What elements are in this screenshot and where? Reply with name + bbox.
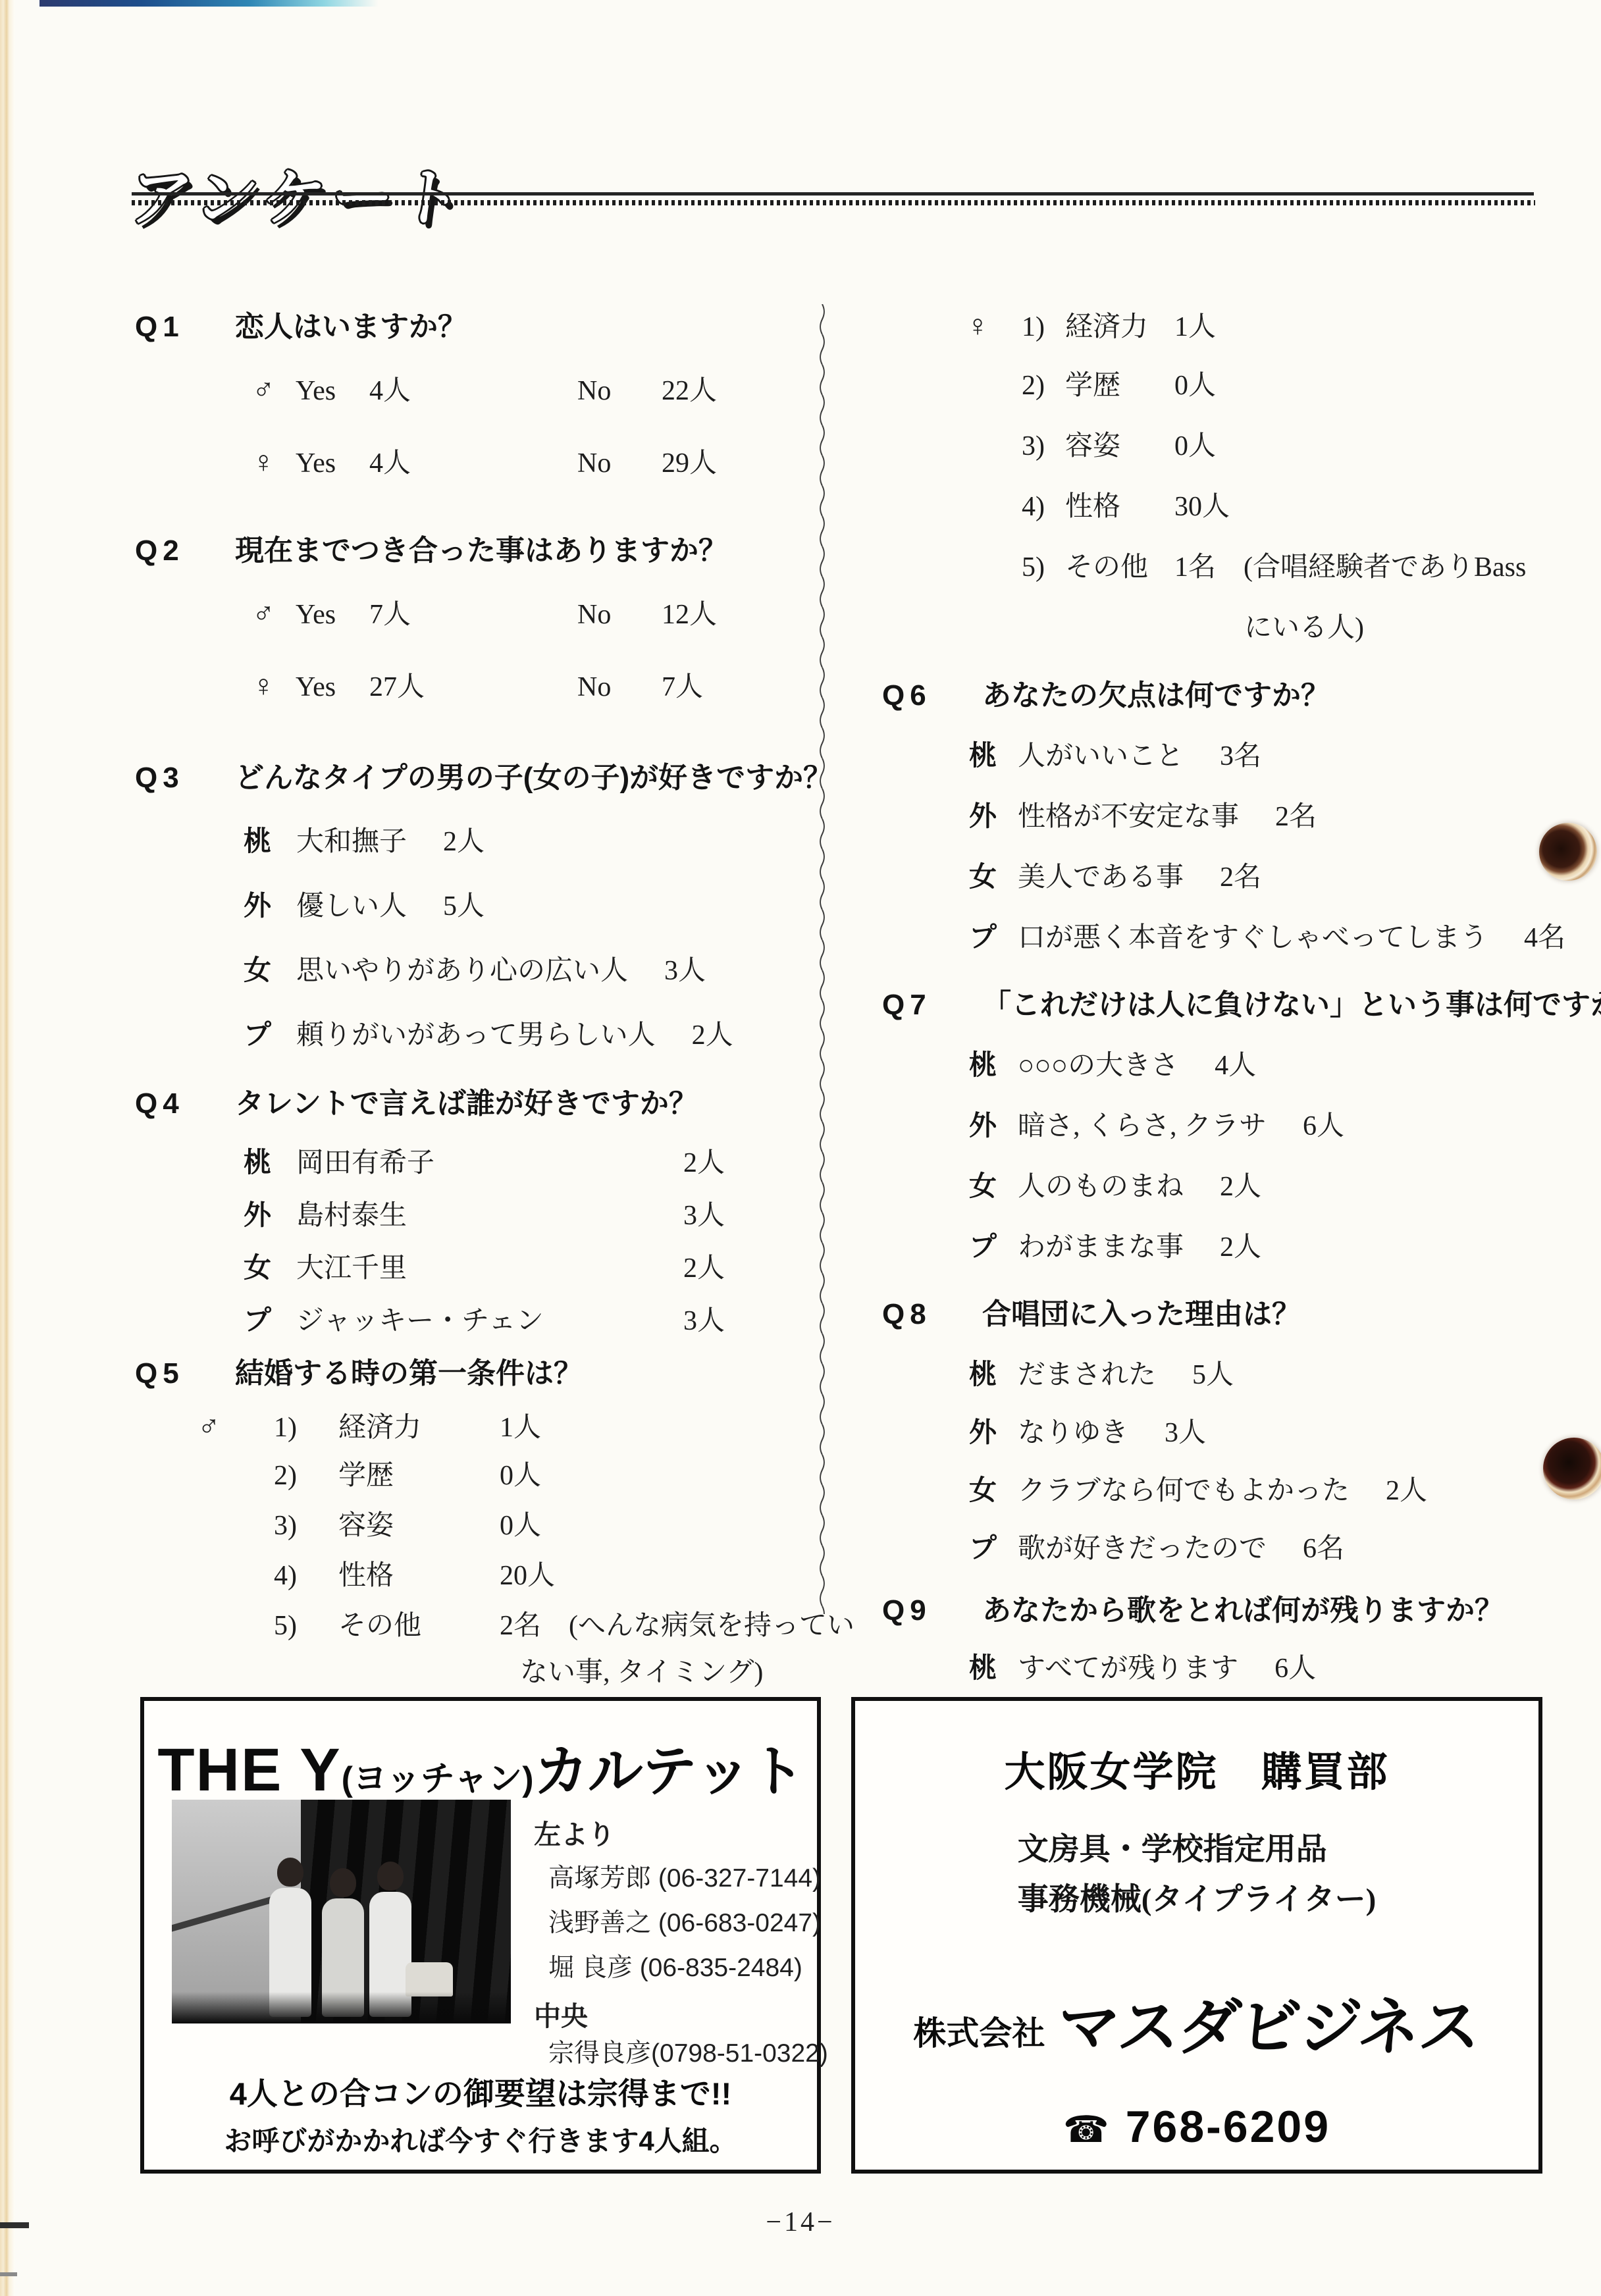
part-label: 女 [969,1169,1018,1203]
part-label: プ [244,1018,296,1052]
survey-item: 桃すべてが残ります6人 [882,1651,1316,1686]
part-label: 外 [969,1109,1018,1143]
survey-item: ♂1)経済力1人 [135,1409,541,1445]
survey-item: 女人のものまね2人 [882,1169,1261,1204]
part-label: 外 [244,889,296,923]
advert-masuda-products: 文房具・学校指定用品 事務機械(タイプライター) [855,1825,1538,1925]
part-label: プ [969,920,1018,954]
binding-hole [1543,1438,1601,1500]
question-number: Q8 [882,1297,982,1332]
part-label: 桃 [244,824,296,858]
header-rule-solid [132,192,1534,196]
scanned-page: アンケート Q1恋人はいますか？ ♂Yes4人No22人 ♀Yes4人No29人… [0,0,1601,2296]
part-label: 桃 [969,739,1018,773]
answer-row: ♀Yes4人No29人 [135,444,717,481]
note-continuation: にいる人) [882,611,1364,645]
survey-item: 外島村泰生3人 [135,1198,725,1233]
advert-quartet-title: THE Y(ヨッチャン)カルテット [144,1727,817,1807]
header-rule-dotted [132,200,1535,205]
question-text: 「これだけは人に負けない」という事は何ですか？ [982,989,1601,1021]
company-name-row: 株式会社マスダビジネス [855,1977,1538,2066]
survey-item: 桃大和撫子2人 [135,824,485,859]
part-label: 女 [969,1473,1018,1507]
question-text: 恋人はいますか？ [235,311,467,343]
advert-quartet-subslogan: お呼びがかかれば今すぐ行きます4人組。 [161,2120,800,2159]
note-continuation: ない事, タイミング) [135,1656,763,1690]
survey-item: ♀1)経済力1人 [882,308,1216,344]
product-line: 文房具・学校指定用品 [1018,1825,1377,1875]
survey-item: 3)容姿0人 [135,1509,541,1543]
survey-item: 桃人がいいこと3名 [882,739,1261,773]
question-heading-q8: Q8合唱団に入った理由は？ [882,1297,1301,1332]
survey-item: 女美人である事2名 [882,860,1261,895]
binding-hole [1539,823,1597,881]
survey-item: 3)容姿0人 [882,429,1216,463]
part-label: 桃 [244,1145,296,1180]
telephone-icon: ☎ [1063,2108,1111,2150]
product-line: 事務機械(タイプライター) [1018,1875,1377,1925]
survey-item: 外暗さ, くらさ, クラサ6人 [882,1109,1344,1143]
survey-item: 4)性格20人 [135,1559,555,1593]
question-number: Q6 [882,678,982,714]
survey-item: プわがままな事2人 [882,1230,1261,1265]
question-number: Q4 [135,1086,235,1122]
advert-masuda-title: 大阪女学院 購買部 [855,1739,1538,1798]
answer-row: ♀Yes27人No7人 [135,668,703,704]
female-symbol: ♀ [966,308,1022,342]
phone-row: ☎768-6209 [855,2101,1538,2152]
quartet-photo [172,1800,511,2023]
survey-item: プ頼りがいがあって男らしい人2人 [135,1018,733,1053]
question-text: 合唱団に入った理由は？ [982,1298,1301,1330]
survey-item: プ歌が好きだったので6名 [882,1531,1344,1566]
male-symbol: ♂ [197,1409,274,1443]
part-label: プ [969,1531,1018,1565]
question-number: Q9 [882,1593,982,1629]
survey-item: 桃岡田有希子2人 [135,1145,725,1180]
survey-item: 4)性格30人 [882,490,1230,524]
scan-top-edge [39,0,379,7]
member-line: 堀 良彦 (06-835-2484) [548,1947,802,1984]
question-number: Q3 [135,760,235,796]
part-label: プ [244,1303,296,1338]
scan-mark [0,2272,17,2276]
question-number: Q2 [135,533,235,569]
male-symbol: ♂ [252,596,296,630]
company-prefix: 株式会社 [913,2015,1045,2052]
question-text: あなたから歌をとれば何が残りますか？ [982,1594,1504,1627]
survey-item: 5)その他2名(へんな病気を持ってい [135,1609,854,1643]
part-label: 桃 [969,1048,1018,1082]
advert-quartet: THE Y(ヨッチャン)カルテット 左より 高塚芳郎 (06-327-7144)… [140,1697,821,2174]
survey-item: 桃○○○の大きさ4人 [882,1048,1256,1083]
survey-item: 外優しい人5人 [135,889,485,924]
question-heading-q4: Q4タレントで言えば誰が好きですか？ [135,1086,698,1122]
scan-left-edge [0,0,14,2296]
part-label: 女 [244,953,296,987]
survey-item: 女クラブなら何でもよかった2人 [882,1473,1427,1508]
survey-item: プジャッキー・チェン3人 [135,1303,725,1338]
survey-item: 2)学歴0人 [135,1459,541,1493]
question-heading-q1: Q1恋人はいますか？ [135,309,467,345]
question-heading-q9: Q9あなたから歌をとれば何が残りますか？ [882,1593,1504,1629]
page-number: −14− [0,2206,1601,2238]
part-label: 外 [244,1198,296,1232]
caption-from-left: 左より [534,1813,615,1852]
item-note: (へんな病気を持ってい [569,1611,854,1641]
survey-item: 桃だまされた5人 [882,1357,1234,1392]
survey-item: 2)学歴0人 [882,369,1216,403]
question-text: 現在までつき合った事はありますか？ [235,535,727,567]
advert-quartet-slogan: 4人との合コンの御要望は宗得まで!! [161,2070,800,2114]
survey-item: 女思いやりがあり心の広い人3人 [135,953,706,988]
male-symbol: ♂ [252,372,296,406]
question-heading-q3: Q3どんなタイプの男の子(女の子)が好きですか？ [135,760,832,796]
survey-item: 外なりゆき3人 [882,1415,1206,1450]
question-text: タレントで言えば誰が好きですか？ [235,1087,698,1120]
survey-item: プ口が悪く本音をすぐしゃべってしまう4名 [882,920,1565,955]
part-label: プ [969,1230,1018,1264]
part-label: 女 [244,1251,296,1285]
photo-chair [406,1962,453,1996]
survey-item: 女大江千里2人 [135,1251,725,1286]
item-note: (合唱経験者でありBass [1244,552,1526,583]
question-heading-q5: Q5結婚する時の第一条件は？ [135,1356,583,1392]
advert-masuda: 大阪女学院 購買部 文房具・学校指定用品 事務機械(タイプライター) 株式会社マ… [851,1697,1542,2174]
question-heading-q6: Q6あなたの欠点は何ですか？ [882,678,1330,714]
question-number: Q5 [135,1356,235,1392]
question-text: どんなタイプの男の子(女の子)が好きですか？ [235,762,832,794]
question-text: あなたの欠点は何ですか？ [982,679,1330,712]
company-name: マスダビジネス [1055,1977,1484,2066]
part-label: 桃 [969,1357,1018,1392]
question-text: 結婚する時の第一条件は？ [235,1357,583,1390]
female-symbol: ♀ [252,668,296,702]
answer-row: ♂Yes7人No12人 [135,596,717,632]
female-symbol: ♀ [252,444,296,479]
part-label: 桃 [969,1651,1018,1685]
question-heading-q2: Q2現在までつき合った事はありますか？ [135,533,727,569]
column-divider-squiggle [818,304,827,1614]
member-line: 浅野善之 (06-683-0247) [548,1902,821,1939]
question-number: Q7 [882,987,982,1023]
phone-number: 768-6209 [1126,2102,1330,2152]
survey-item: 外性格が不安定な事2名 [882,799,1317,834]
survey-item: 5)その他1名(合唱経験者でありBass [882,550,1526,585]
question-number: Q1 [135,309,235,345]
photo-floor [172,1992,511,2023]
answer-row: ♂Yes4人No22人 [135,372,717,408]
part-label: 外 [969,799,1018,833]
caption-center: 中央 [534,1995,588,2033]
member-line: 高塚芳郎 (06-327-7144) [548,1858,821,1894]
question-heading-q7: Q7「これだけは人に負けない」という事は何ですか？ [882,987,1601,1023]
part-label: 女 [969,860,1018,894]
member-line: 宗得良彦(0798-51-0322) [548,2033,828,2070]
part-label: 外 [969,1415,1018,1449]
